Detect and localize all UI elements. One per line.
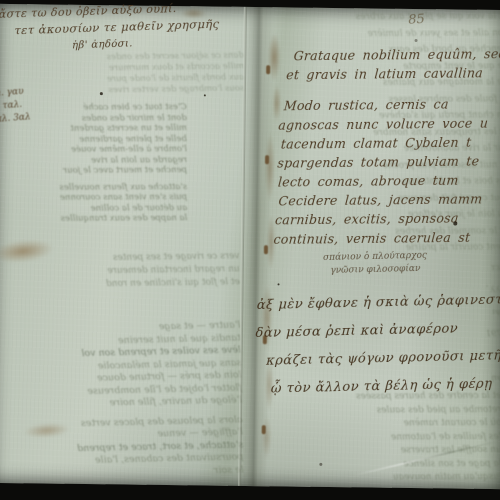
left-margin-fragment: Ch. γαυτδ ταλ.ϗπλ. 3αλ	[0, 83, 57, 126]
bleedthrough-line: la nappe des eaux tranquilles	[57, 213, 187, 224]
bleedthrough-block: vers ce rivage et ses pentesun regard in…	[39, 250, 240, 292]
bleedthrough-line: l'ombre à elle-même vouée	[57, 144, 187, 155]
bleedthrough-line: puis s'en vient sans couronne	[57, 192, 187, 203]
foxing-speck	[278, 283, 280, 285]
latin-poem-line: Cecidere latus, jacens mamm	[278, 189, 500, 211]
binding-stitch	[265, 155, 269, 164]
latin-poem-line: tacendum clamat Cybalen t	[280, 132, 500, 154]
latin-poem-line: carnibus, excitis, sponsosa	[274, 208, 500, 230]
bleedthrough-line: retombe au pied des saules	[251, 403, 500, 418]
latin-poem-line: Modo rustica, cernis ca	[283, 94, 500, 116]
bleedthrough-line: et le flot qui s'incline en rond	[40, 276, 240, 292]
bleedthrough-line: C'est tout ce bien caché	[57, 102, 187, 113]
bleedthrough-block: l'autre — et sagetandis que la nuit sere…	[40, 319, 244, 480]
bleedthrough-block: et la cendre des heures passéesretombe a…	[251, 390, 500, 486]
foxing-speck	[415, 39, 418, 42]
ink-stain	[181, 8, 207, 18]
foxing-speck	[453, 221, 457, 225]
latin-poem-line: agnoscas nunc volucre voce u	[278, 113, 500, 135]
bleedthrough-block: C'est tout ce bien cachédont le miroir d…	[57, 102, 188, 224]
left-page-greek-header: ἄστε τω δου ὀβεῖν αὐξω ουπί.τετ ἀκουσίων…	[0, 0, 239, 57]
latin-poem-line: spargendas totam pulviam te	[277, 151, 500, 173]
latin-poem-block: Grataque nobilium equûm, sed lunet gravi…	[273, 44, 500, 249]
bleedthrough-block: dans ce séjour secret des ondesmille acc…	[54, 50, 245, 97]
greek-verse-line: ᾧ τὸν ἄλλον τὰ βέλη ὡς ἡ φέρῃ	[270, 370, 500, 404]
bleedthrough-line: regarde au loin la rive	[57, 155, 187, 166]
latin-poem-line: continuis, vernis caerulea st	[273, 227, 500, 249]
bleedthrough-line: mille et un secrets gardent	[57, 123, 187, 134]
foxing-speck	[319, 463, 322, 466]
bleedthrough-line: et la voix qui se plaint aux arbres	[293, 8, 500, 26]
bleedthrough-line: s'attache aux fleurs nouvelles	[57, 182, 187, 193]
greek-note-block: σπάνιον ὁ πλούταρχοςγνῶσιν φιλοσοφίαν	[300, 249, 451, 278]
bleedthrough-line: au détour de la colline	[57, 203, 187, 214]
bleedthrough-line: jusqu'au matin nouveau	[252, 471, 500, 486]
manuscript-spread: dans ce séjour secret des ondesmille acc…	[0, 4, 500, 489]
page-number: 85	[408, 12, 425, 28]
bleedthrough-line: les feuilles de l'automne	[252, 430, 500, 445]
greek-verses-block: ἀξ μὲν ἔφθανε ἡ σκιὰ ὡς ῥαφινεστῆδὰν μέσ…	[252, 286, 500, 404]
bleedthrough-line: belle et pleine gardienne	[57, 134, 187, 145]
latin-poem-line: lecto comas, abroque tum	[277, 170, 500, 192]
foxing-speck	[204, 94, 206, 96]
bleedthrough-line: où le courant ramène	[252, 417, 500, 432]
bleedthrough-line: son aile et ses yeux de lumière	[293, 25, 500, 43]
bleedthrough-line: un souffle las traverse	[252, 444, 500, 459]
binding-stitch	[262, 425, 266, 434]
latin-poem-line: et gravis in latium cavallina	[286, 63, 500, 85]
latin-poem-line: Grataque nobilium equûm, sed lun	[293, 44, 500, 65]
bleedthrough-line: penche et meurt avec le jour	[57, 165, 187, 176]
bleedthrough-line: dont le miroir des ondes	[57, 113, 187, 124]
foxing-speck	[100, 92, 103, 95]
manuscript-photo: dans ce séjour secret des ondesmille acc…	[0, 0, 500, 500]
binding-stitch	[264, 245, 268, 254]
binding-stitch	[266, 65, 270, 74]
